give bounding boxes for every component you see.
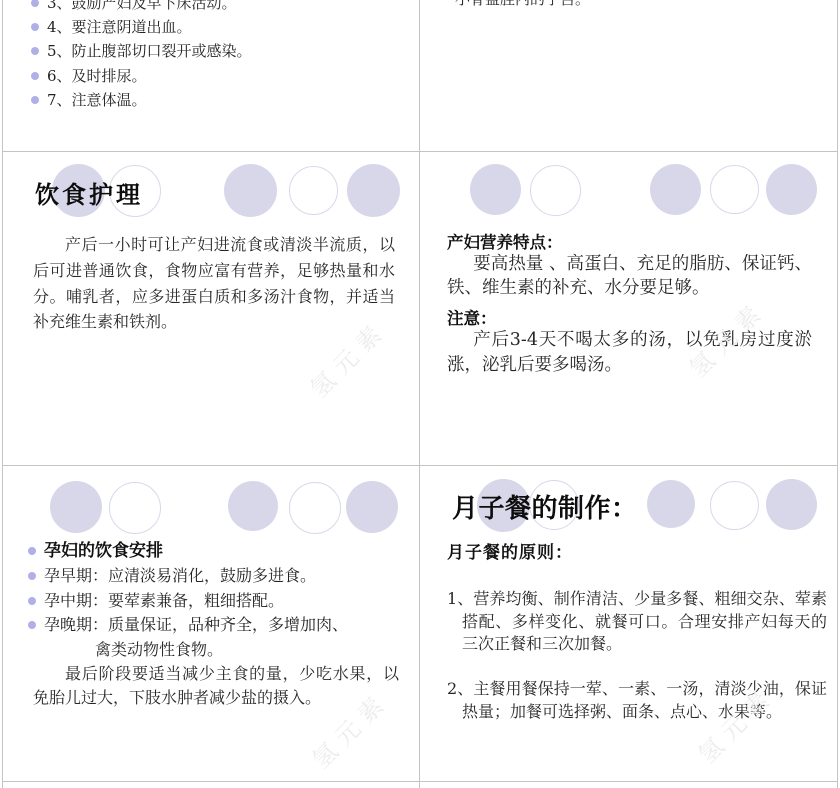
pregnancy-diet-list: 孕妇的饮食安排 孕早期：应清淡易消化，鼓励多进食。 孕中期：要荤素兼备，粗细搭配… <box>28 538 348 638</box>
bullet-dot-icon <box>31 23 39 31</box>
deco-circle-filled <box>470 164 521 215</box>
list-item-label: 3、鼓励产妇及早下床活动。 <box>47 0 237 12</box>
list-continuation: 禽类动物性食物。 <box>95 638 223 663</box>
list-item: 孕妇的饮食安排 <box>28 538 348 564</box>
slide-title: 饮食护理 <box>35 175 143 210</box>
list-item: 孕中期：要荤素兼备，粗细搭配。 <box>28 589 348 614</box>
deco-circle-filled <box>228 481 278 531</box>
bullet-dot-icon <box>28 621 36 629</box>
slide-body: 1、营养均衡、制作清洁、少量多餐、粗细交杂、荤素搭配、多样变化、就餐可口。合理安… <box>447 588 827 656</box>
section-heading: 注意： <box>447 305 497 329</box>
list-item-label: 7、注意体温。 <box>47 91 147 109</box>
deco-circle-filled <box>766 164 817 215</box>
bullet-dot-icon <box>31 0 39 7</box>
list-item: 6、及时排尿。 <box>31 64 252 88</box>
deco-circle-outlined <box>289 166 338 215</box>
deco-circle-filled <box>650 164 701 215</box>
slide-thumb-uterus[interactable]: 小骨盆腔内的子宫。 <box>420 0 837 151</box>
list-item: 3、鼓励产妇及早下床活动。 <box>31 0 252 15</box>
cropped-line: 小骨盆腔内的子宫。 <box>455 0 590 7</box>
list-item-label: 孕妇的饮食安排 <box>44 541 163 561</box>
deco-circle-filled <box>224 164 277 217</box>
list-item-label: 孕早期：应清淡易消化，鼓励多进食。 <box>44 566 316 585</box>
list-item: 7、注意体温。 <box>31 88 252 112</box>
list-item: 孕晚期：质量保证，品种齐全，多增加肉、 <box>28 613 348 638</box>
deco-circle-outlined <box>109 482 161 534</box>
slide-body: 最后阶段要适当减少主食的量，少吃水果，以免胎儿过大，下肢水肿者减少盐的摄入。 <box>33 662 399 709</box>
deco-circle-outlined <box>710 481 759 530</box>
slide-thumb-recovery-care[interactable]: 3、鼓励产妇及早下床活动。 4、要注意阴道出血。 5、防止腹部切口裂开或感染。 … <box>3 0 419 151</box>
slide-preview-grid: 3、鼓励产妇及早下床活动。 4、要注意阴道出血。 5、防止腹部切口裂开或感染。 … <box>0 0 840 788</box>
slide-body: 产后一小时可让产妇进流食或清淡半流质，以后可进普通饮食，食物应富有营养，足够热量… <box>33 232 395 335</box>
deco-circle-outlined <box>530 165 581 216</box>
deco-circle-filled <box>347 164 400 217</box>
section-heading: 月子餐的原则： <box>447 538 573 563</box>
recovery-care-list: 3、鼓励产妇及早下床活动。 4、要注意阴道出血。 5、防止腹部切口裂开或感染。 … <box>31 0 252 112</box>
slide-thumb-pregnancy-diet[interactable]: 孕妇的饮食安排 孕早期：应清淡易消化，鼓励多进食。 孕中期：要荤素兼备，粗细搭配… <box>3 466 419 781</box>
bullet-dot-icon <box>31 96 39 104</box>
slide-thumb-nutrition[interactable]: 产妇营养特点： 要高热量 、高蛋白、充足的脂肪、保证钙、铁、维生素的补充、水分要… <box>420 152 837 465</box>
list-item: 4、要注意阴道出血。 <box>31 15 252 39</box>
bullet-dot-icon <box>28 597 36 605</box>
slide-title: 月子餐的制作： <box>452 488 638 525</box>
list-item-label: 4、要注意阴道出血。 <box>47 18 192 36</box>
slide-body: 产后3-4天不喝太多的汤，以免乳房过度淤涨，泌乳后要多喝汤。 <box>447 328 812 377</box>
list-item-label: 6、及时排尿。 <box>47 67 147 85</box>
list-item-label: 5、防止腹部切口裂开或感染。 <box>47 42 252 60</box>
bullet-dot-icon <box>28 572 36 580</box>
bullet-dot-icon <box>28 547 36 555</box>
deco-circle-outlined <box>710 165 759 214</box>
deco-circle-filled <box>766 479 817 530</box>
grid-line-right <box>837 0 838 788</box>
list-item-label: 孕中期：要荤素兼备，粗细搭配。 <box>44 591 284 610</box>
list-item-label: 孕晚期：质量保证，品种齐全，多增加肉、 <box>44 615 348 634</box>
deco-circle-filled <box>50 481 102 533</box>
section-heading: 产妇营养特点： <box>447 229 563 253</box>
deco-circle-outlined <box>289 482 341 534</box>
deco-circle-filled <box>346 481 398 533</box>
list-item: 5、防止腹部切口裂开或感染。 <box>31 39 252 63</box>
bullet-dot-icon <box>31 72 39 80</box>
slide-thumb-confinement-meal[interactable]: 月子餐的制作： 月子餐的原则： 1、营养均衡、制作清洁、少量多餐、粗细交杂、荤素… <box>420 466 837 781</box>
deco-circle-filled <box>647 480 695 528</box>
slide-body: 要高热量 、高蛋白、充足的脂肪、保证钙、铁、维生素的补充、水分要足够。 <box>447 252 812 300</box>
list-item: 孕早期：应清淡易消化，鼓励多进食。 <box>28 564 348 589</box>
bullet-dot-icon <box>31 47 39 55</box>
slide-thumb-diet-care[interactable]: 饮食护理 产后一小时可让产妇进流食或清淡半流质，以后可进普通饮食，食物应富有营养… <box>3 152 419 465</box>
grid-line-h3 <box>2 781 838 782</box>
